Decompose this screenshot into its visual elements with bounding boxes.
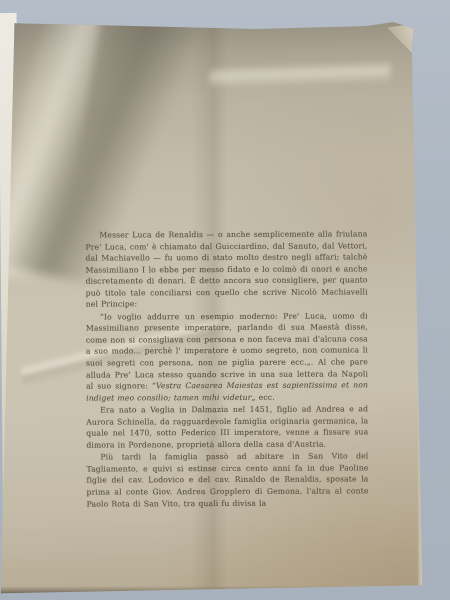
paragraph-3: Era nato a Veglia in Dalmazia nel 1451, …: [86, 404, 368, 451]
quote-close: „ ecc.: [251, 392, 274, 401]
paragraph-1: Messer Luca de Renaldis — o anche sempli…: [85, 228, 367, 310]
book-page: Messer Luca de Renaldis — o anche sempli…: [0, 18, 425, 595]
printed-text-block: Messer Luca de Renaldis — o anche sempli…: [85, 228, 368, 510]
page-crease: [209, 43, 391, 102]
folded-corner: [387, 24, 415, 58]
quote-intro: “Io voglio addurre un esempio moderno: P…: [86, 311, 368, 391]
photo-background: Messer Luca de Renaldis — o anche sempli…: [0, 0, 450, 600]
paragraph-4: Più tardi la famiglia passò ad abitare i…: [86, 451, 368, 510]
paragraph-2: “Io voglio addurre un esempio moderno: P…: [86, 310, 368, 404]
